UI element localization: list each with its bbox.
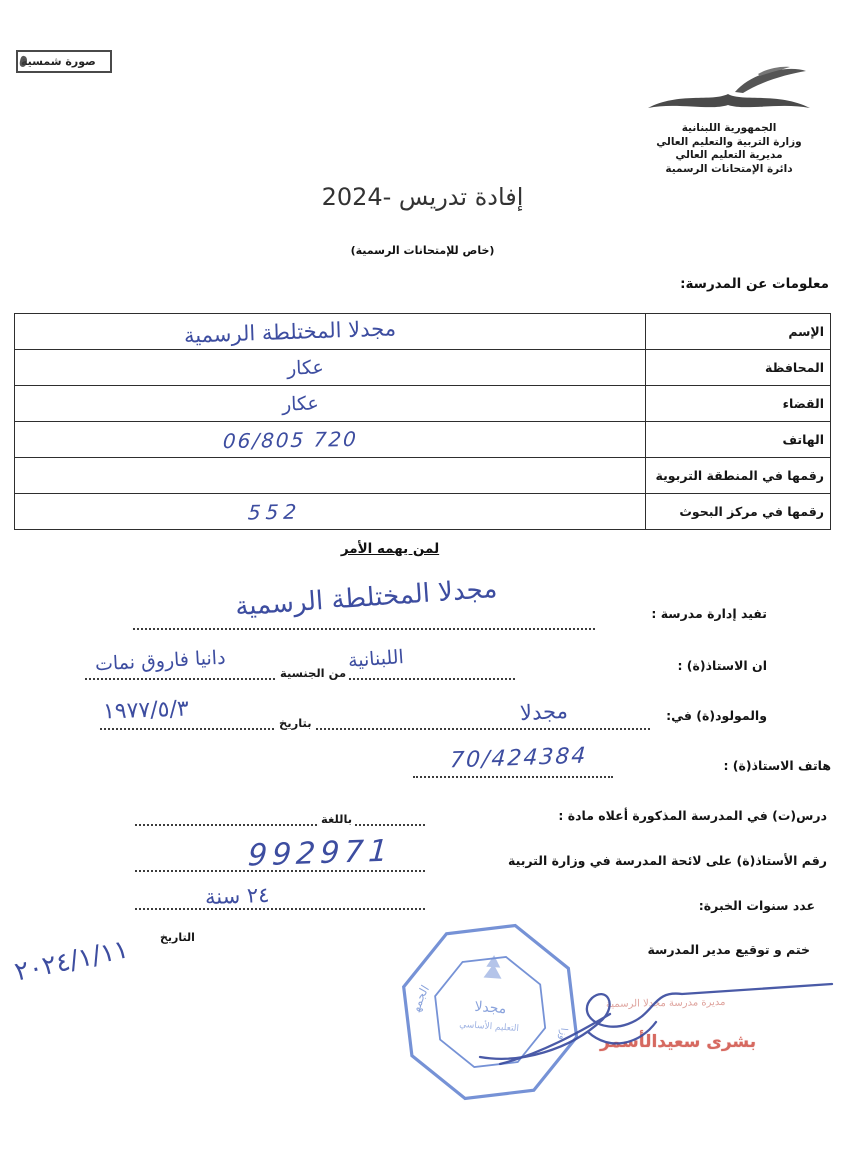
experience-line-label: عدد سنوات الخبرة: bbox=[699, 898, 815, 913]
nationality-word: من الجنسية bbox=[277, 666, 349, 680]
table-row: الهاتف 06/805 720 bbox=[15, 422, 831, 458]
ministry-logo-icon bbox=[640, 62, 818, 120]
dotted-line bbox=[133, 628, 595, 630]
handwritten-birth-place: مجدلا bbox=[519, 699, 568, 725]
stamp-ring-top-text: الجمهورية اللبنانية bbox=[395, 915, 438, 1015]
table-row: القضاء عكار bbox=[15, 386, 831, 422]
language-word: باللغة bbox=[318, 812, 355, 826]
birth-line-label: والمولود(ة) في: bbox=[666, 708, 767, 723]
handwritten-research-number: 552 bbox=[248, 499, 303, 524]
handwritten-birth-date: ١٩٧٧/٥/٣ bbox=[103, 697, 190, 725]
registry-line-label: رقم الأستاذ(ة) على لائحة المدرسة في وزار… bbox=[508, 853, 827, 868]
principal-signature bbox=[460, 972, 845, 1072]
dotted-line bbox=[413, 776, 613, 778]
handwritten-teacher-name: دانيا فاروق نمات bbox=[95, 647, 227, 676]
letterhead-line: دائرة الإمتحانات الرسمية bbox=[625, 163, 833, 177]
dotted-line bbox=[135, 824, 425, 826]
stamp-line-label: ختم و توقيع مدير المدرسة bbox=[647, 942, 810, 957]
dotted-line bbox=[100, 728, 650, 730]
row-value: مجدلا المختلطة الرسمية bbox=[15, 314, 646, 350]
ministry-letterhead: الجمهورية اللبنانية وزارة التربية والتعل… bbox=[625, 62, 833, 176]
dotted-line bbox=[135, 908, 425, 910]
svg-text:الجمهورية اللبنانية: الجمهورية اللبنانية bbox=[395, 915, 438, 1015]
row-value: 06/805 720 bbox=[15, 422, 646, 458]
scanned-teaching-certificate: صورة شمسية الجمهورية اللبنانية وزارة الت… bbox=[0, 0, 845, 1164]
row-value: 552 bbox=[15, 494, 646, 530]
handwritten-experience-years: ٢٤ سنة bbox=[205, 883, 270, 909]
table-row: رقمها في مركز البحوث 552 bbox=[15, 494, 831, 530]
row-label: المحافظة bbox=[646, 350, 831, 386]
letterhead-line: مديرية التعليم العالي bbox=[625, 149, 833, 163]
row-label: رقمها في مركز البحوث bbox=[646, 494, 831, 530]
row-value bbox=[15, 458, 646, 494]
row-value: عكار bbox=[15, 386, 646, 422]
school-info-heading: معلومات عن المدرسة: bbox=[680, 276, 829, 292]
letterhead-line: وزارة التربية والتعليم العالي bbox=[625, 136, 833, 150]
handwritten-nationality: اللبنانية bbox=[347, 646, 404, 672]
handwritten-teacher-phone: 70/424384 bbox=[449, 744, 588, 774]
handwritten-registry-number: 992971 bbox=[247, 833, 394, 873]
handwritten-school-phone: 06/805 720 bbox=[222, 426, 359, 452]
page-title: إفادة تدريس -2024 bbox=[0, 183, 845, 211]
subject-line-label: درس(ت) في المدرسة المذكورة أعلاه مادة : bbox=[558, 808, 827, 823]
handwritten-issue-date: ٢٠٢٤/١/١١ bbox=[12, 934, 131, 987]
row-label: الهاتف bbox=[646, 422, 831, 458]
table-row: رقمها في المنطقة التربوية bbox=[15, 458, 831, 494]
school-info-table: الإسم مجدلا المختلطة الرسمية المحافظة عك… bbox=[14, 313, 831, 530]
table-row: الإسم مجدلا المختلطة الرسمية bbox=[15, 314, 831, 350]
handwritten-governorate: عكار bbox=[286, 356, 324, 379]
date-word: بتاريخ bbox=[276, 716, 315, 730]
row-label: الإسم bbox=[646, 314, 831, 350]
teacher-line-label: ان الاستاذ(ة) : bbox=[677, 658, 767, 673]
phone-line-label: هاتف الاستاذ(ة) : bbox=[723, 758, 831, 773]
page-subtitle: (خاص للإمتحانات الرسمية) bbox=[0, 244, 845, 257]
row-value: عكار bbox=[15, 350, 646, 386]
handwritten-school-name: مجدلا المختلطة الرسمية bbox=[234, 574, 498, 622]
school-line-label: تفيد إدارة مدرسة : bbox=[651, 606, 767, 621]
date-label: التاريخ bbox=[160, 931, 195, 944]
row-label: رقمها في المنطقة التربوية bbox=[646, 458, 831, 494]
photo-box-label: صورة شمسية bbox=[21, 55, 96, 68]
photo-box: صورة شمسية bbox=[16, 50, 112, 73]
table-row: المحافظة عكار bbox=[15, 350, 831, 386]
handwritten-school-name: مجدلا المختلطة الرسمية bbox=[184, 316, 397, 347]
row-label: القضاء bbox=[646, 386, 831, 422]
letterhead-line: الجمهورية اللبنانية bbox=[625, 122, 833, 136]
to-whom-heading: لمن يهمه الأمر bbox=[0, 541, 780, 557]
handwritten-district: عكار bbox=[281, 392, 319, 415]
